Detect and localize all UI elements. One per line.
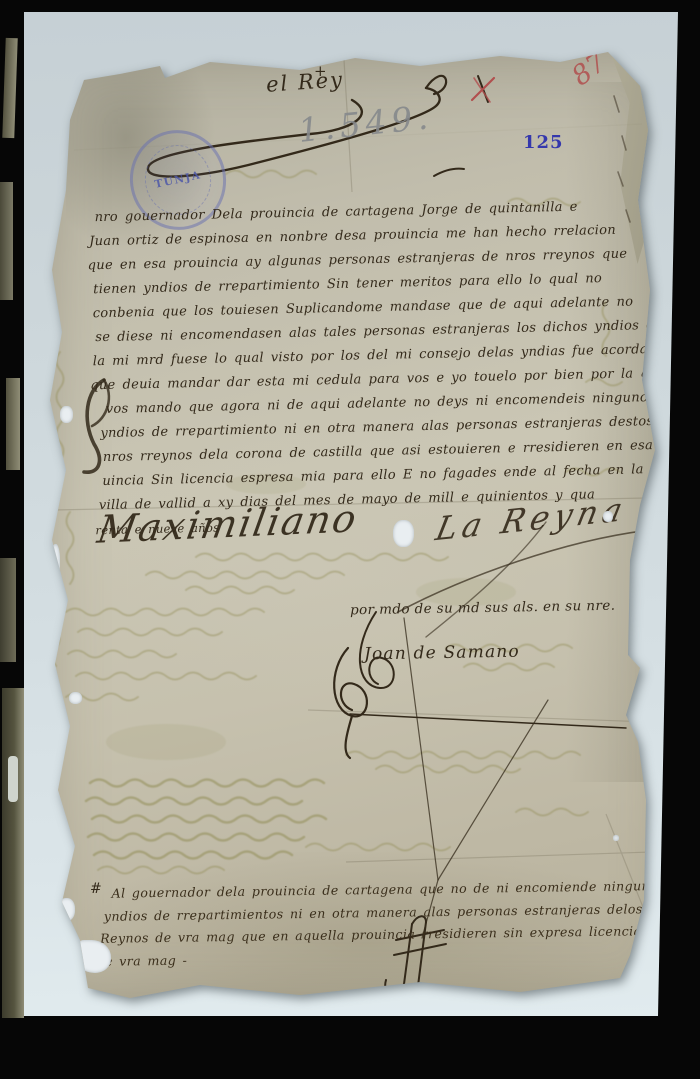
folio-number-blue: 125: [523, 132, 564, 153]
adjacent-folio-edge: [6, 378, 20, 470]
adjacent-folio-edge: [0, 182, 13, 300]
manuscript-page-wrap: + el Rey 1.549. 125 87 TUNJA nro gouerna…: [46, 52, 674, 1000]
pencil-dash: [434, 169, 464, 176]
torn-chip: [51, 544, 60, 579]
docket-block: Al gouernador dela prouincia de cartagen…: [95, 875, 656, 973]
torn-chip: [603, 511, 613, 522]
manuscript-page: + el Rey 1.549. 125 87 TUNJA nro gouerna…: [46, 52, 674, 1000]
red-check-mark: [472, 78, 494, 102]
letter-body: nro gouernador Dela prouincia de cartage…: [86, 194, 671, 543]
adjacent-folio-chip: [8, 756, 18, 802]
stamp-center-text: TUNJA: [154, 169, 203, 191]
secretary-paraph: [334, 648, 626, 758]
paper-hole: [393, 520, 414, 547]
adjacent-folio-edge: [2, 688, 24, 1018]
torn-chip: [58, 898, 75, 921]
adjacent-folio-edge: [0, 558, 16, 662]
secretary-signature: Joan de Samano: [364, 642, 520, 665]
torn-chip: [613, 835, 619, 841]
torn-chip: [74, 940, 111, 973]
torn-chip: [69, 692, 82, 704]
torn-chip: [60, 406, 73, 423]
adjacent-folio-edge: [2, 38, 17, 138]
